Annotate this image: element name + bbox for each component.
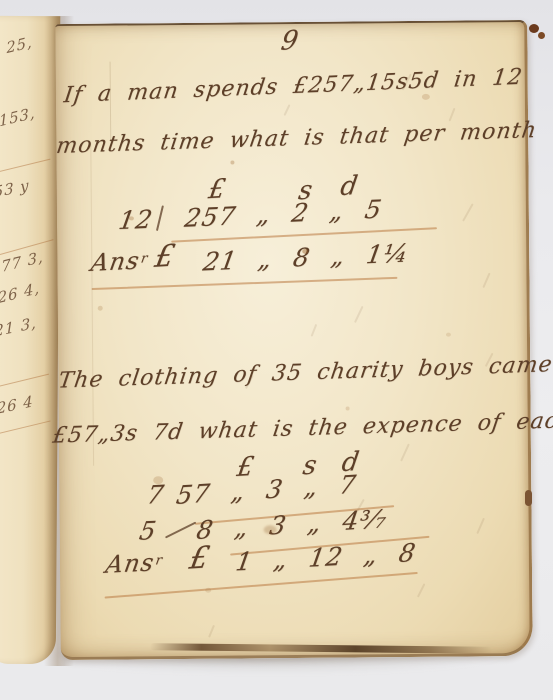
page-number: 9 (279, 25, 302, 57)
sum2-amount2: 8 „ 3 „ 4³⁄₇ (195, 504, 390, 545)
foxing-spot (264, 525, 277, 534)
foxing-spot (153, 476, 163, 484)
show-through-mark (400, 443, 410, 461)
show-through-mark (208, 625, 215, 638)
show-through-mark (449, 108, 456, 122)
foxing-spot (302, 249, 308, 254)
marginal-figure: 26 4, (0, 279, 40, 307)
cover-edge-bump (525, 490, 532, 506)
show-through-mark (311, 324, 318, 337)
cover-corner-knob (538, 32, 545, 39)
sum1-answer-pound: £ (152, 238, 179, 275)
division-slash (165, 522, 196, 539)
foxing-spot (230, 161, 234, 165)
show-through-mark (482, 273, 490, 288)
division-bracket (156, 205, 164, 231)
marginal-figure: 26 4 (0, 392, 34, 418)
sum1-answer-label: Ansr (89, 246, 150, 277)
sum-rule-line (92, 277, 398, 290)
ans-superscript: r (154, 553, 164, 568)
ledger-rule-line (0, 420, 51, 436)
sum2-answer-amount: 1 „ 12 „ 8 (234, 538, 419, 577)
foxing-spot (129, 216, 134, 220)
ledger-rule-line (0, 374, 49, 390)
sum2-divisor2: 5 (137, 516, 159, 546)
foxing-spot (422, 94, 430, 100)
problem2-line2: £57„3s 7d what is the expence of each (51, 408, 553, 449)
sum1-divisor: 12 (117, 205, 156, 236)
marginal-figure: 21 3, (0, 313, 37, 340)
ans-word: Ans (89, 247, 142, 277)
sum2-answer-pound: £ (187, 540, 214, 577)
problem2-line1: The clothing of 35 charity boys came to (57, 351, 553, 394)
cover-corner-knob (529, 24, 539, 33)
show-through-mark (354, 306, 364, 323)
problem1-line2: months time what is that per month (55, 118, 539, 159)
foxing-spot (98, 306, 103, 311)
book-photo-scene: 25, 153, 353 y 177 3, 26 4, 21 3, 26 4 9… (0, 0, 553, 700)
show-through-mark (462, 203, 474, 221)
marginal-figure: 353 y (0, 176, 30, 204)
foxing-spot (346, 407, 350, 411)
problem1-line1: If a man spends £257„15s5d in 12 (62, 65, 524, 109)
show-through-mark (284, 104, 291, 116)
foxing-spot (205, 588, 211, 593)
ledger-rule-line (0, 159, 50, 175)
manuscript-page: 9 If a man spends £257„15s5d in 12 month… (55, 20, 533, 660)
show-through-mark (417, 583, 425, 597)
sum2-answer-label: Ansr (104, 548, 165, 579)
ans-superscript: r (140, 251, 150, 266)
ans-word: Ans (104, 548, 157, 578)
paper-crease (90, 146, 94, 466)
sum1-answer-amount: 21 „ 8 „ 1¼ (201, 238, 411, 276)
foxing-spot (446, 333, 451, 337)
marginal-figure: 25, (6, 33, 33, 58)
sum2-amount1: 57 „ 3 „ 7 (174, 470, 358, 510)
column-pound: £ (206, 174, 228, 205)
sum2-divisor1: 7 (145, 480, 167, 510)
show-through-mark (476, 518, 485, 534)
marginal-figure: 153, (0, 103, 36, 130)
